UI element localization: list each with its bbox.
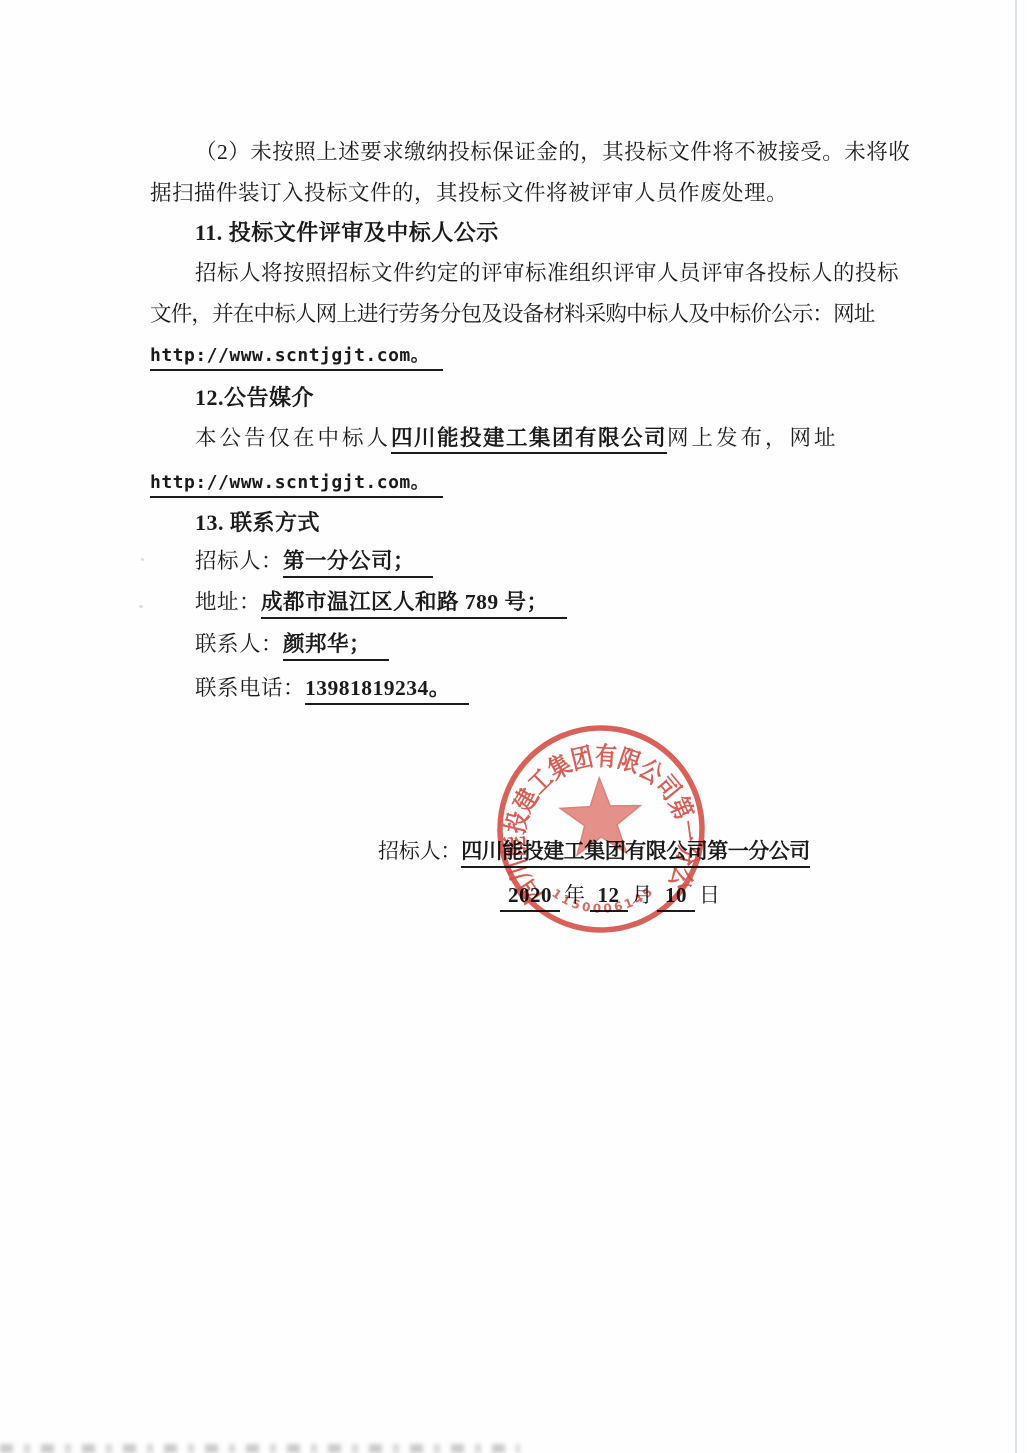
signature-label: 招标人： — [378, 839, 461, 863]
section-11-body-line2: 文件，并在中标人网上进行劳务分包及设备材料采购中标人及中标价公示：网址 — [150, 304, 875, 326]
publication-url: http://www.scntjgjt.com。 — [150, 345, 443, 371]
section-12-url-line: http://www.scntjgjt.com。 — [150, 471, 443, 493]
seal-code-digits: 1150006145 — [549, 883, 658, 918]
scan-speck — [139, 605, 143, 608]
section-12-heading: 12.公告媒介 — [195, 387, 314, 409]
section-11-heading: 11. 投标文件评审及中标人公示 — [195, 222, 499, 244]
winning-company-name: 四川能投建工集团有限公司 — [391, 426, 667, 454]
scan-edge-artifact — [1015, 0, 1017, 1453]
phone-label: 联系电话： — [195, 676, 305, 700]
contact-value: 颜邦华； — [283, 632, 389, 661]
scan-speck — [141, 558, 144, 561]
phone-line: 联系电话：13981819234。 — [195, 678, 469, 700]
address-line: 地址：成都市温江区人和路 789 号； — [195, 592, 567, 614]
seal-star-icon — [559, 777, 642, 856]
contact-label: 联系人： — [195, 632, 283, 656]
scanned-document-page: （2）未按照上述要求缴纳投标保证金的，其投标文件将不被接受。未将收 据扫描件装订… — [0, 0, 1027, 1453]
section-11-url-line: http://www.scntjgjt.com。 — [150, 344, 443, 366]
address-label: 地址： — [195, 590, 261, 614]
address-value: 成都市温江区人和路 789 号； — [261, 590, 567, 619]
section-13-heading: 13. 联系方式 — [195, 512, 320, 534]
deposit-paragraph-line1: （2）未按照上述要求缴纳投标保证金的，其投标文件将不被接受。未将收 — [195, 142, 910, 164]
section-12-body-suffix: 网上发布，网址 — [667, 426, 839, 450]
deposit-paragraph-line2: 据扫描件装订入投标文件的，其投标文件将被评审人员作废处理。 — [150, 183, 788, 205]
publication-url-2: http://www.scntjgjt.com。 — [150, 472, 443, 498]
phone-value: 13981819234。 — [305, 676, 469, 705]
tenderer-value: 第一分公司； — [283, 549, 433, 578]
tenderer-line: 招标人：第一分公司； — [195, 551, 433, 573]
scan-bottom-noise — [0, 1444, 520, 1453]
section-12-body-prefix: 本公告仅在中标人 — [195, 426, 391, 450]
svg-text:1150006145: 1150006145 — [549, 883, 658, 918]
section-12-body-line: 本公告仅在中标人四川能投建工集团有限公司网上发布，网址 — [195, 428, 839, 450]
contact-line: 联系人：颜邦华； — [195, 634, 389, 656]
company-seal-stamp: 四川能投建工集团有限公司第一分公司 1150006145 — [487, 715, 715, 943]
section-11-body-line1: 招标人将按照招标文件约定的评审标准组织评审人员评审各投标人的投标 — [195, 263, 899, 285]
tenderer-label: 招标人： — [195, 549, 283, 573]
